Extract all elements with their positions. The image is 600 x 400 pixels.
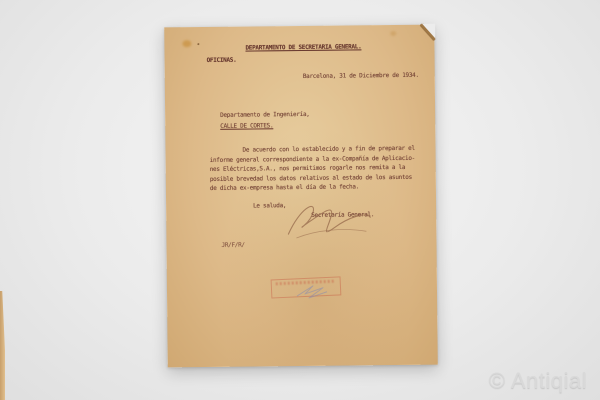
reference-initials: JR/F/R/	[221, 242, 244, 249]
dateline: Barcelona, 31 de Diciembre de 1934.	[303, 72, 419, 80]
recipient-address: CALLE DE CORTES.	[220, 122, 273, 130]
photographer-watermark: © Antiqial	[489, 368, 587, 394]
pencil-check-mark	[293, 282, 331, 302]
body-line: de dicha ex-empresa hasta el día de la f…	[210, 182, 428, 194]
recipient-line: Departamento de Ingeniería,	[220, 111, 310, 119]
photo-scene: DEPARTAMENTO DE SECRETARIA GENERAL. OFIC…	[0, 0, 600, 400]
letter-body: De acuerdo con lo establecido y a fin de…	[209, 144, 427, 194]
handwritten-signature-flourish	[282, 197, 374, 242]
paper-stain	[390, 31, 396, 36]
letterhead-office: OFICINAS.	[207, 57, 237, 64]
letter-paper: DEPARTAMENTO DE SECRETARIA GENERAL. OFIC…	[164, 25, 438, 368]
adjacent-paper-edge	[0, 291, 5, 400]
letterhead-department: DEPARTAMENTO DE SECRETARIA GENERAL.	[164, 43, 434, 53]
folded-corner	[417, 24, 435, 44]
